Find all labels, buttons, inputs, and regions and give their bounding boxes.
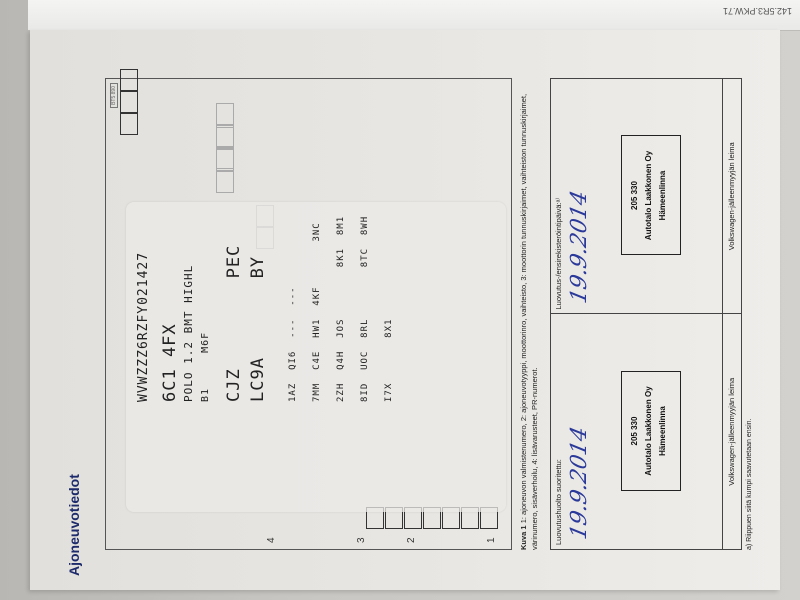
delivery-service-label: Luovutushuolto suoritettu: [554, 459, 563, 545]
dealer-stamp: 205 330 Autotalo Laakkonen Oy Hämeenlinn… [621, 136, 681, 256]
figure-caption: Kuva 1 1: ajoneuvon valmistenumero, 2: a… [518, 80, 540, 550]
form-number: BT5 890 [110, 83, 118, 108]
page-title: Ajoneuvotiedot [66, 474, 82, 576]
pr-line-5: I7X 8X1 [384, 319, 394, 402]
caption-label: Kuva 1 [519, 525, 528, 550]
row-number-1: 1 [486, 537, 497, 543]
model-line: POLO 1.2 BMT HIGHL [182, 265, 195, 402]
stamp-footer: Volkswagen-jälleenmyyjän leima [722, 79, 741, 314]
page-code: 142.5R3.PKW.71 [723, 6, 792, 16]
vin-line: WVWZZZ6RZFY021427 [136, 252, 151, 402]
pr-line-4: 8ID UOC 8RL 8TC 8WH [360, 216, 370, 402]
dealer-city: Hämeenlinna [656, 137, 670, 255]
pr-line-3: 2ZH Q4H JOS 8K1 8M1 [336, 216, 346, 402]
row-number-3: 3 [356, 537, 367, 543]
type-line: 6C1 4FX [160, 323, 180, 402]
booklet-page: Ajoneuvotiedot BT5 890 1 2 3 4 [30, 30, 780, 590]
pr-line-1: 1AZ QI6 --- --- [288, 286, 298, 402]
registration-box: Luovutus-/ensirekisteröintipäivä:ᵃ⁾ 19.9… [551, 79, 741, 314]
stamp-footer: Volkswagen-jälleenmyyjän leima [722, 315, 741, 550]
dealer-stamp: 205 330 Autotalo Laakkonen Oy Hämeenlinn… [621, 371, 681, 491]
codes-line-1: CJZ PEC [224, 245, 244, 402]
delivery-table: Luovutushuolto suoritettu: 19.9.2014 205… [550, 78, 742, 550]
dealer-name: Autotalo Laakkonen Oy [642, 137, 656, 255]
delivery-service-box: Luovutushuolto suoritettu: 19.9.2014 205… [551, 314, 741, 550]
vehicle-data-sticker: WVWZZZ6RZFY021427 6C1 4FX POLO 1.2 BMT H… [126, 202, 506, 512]
dealer-numbers: 205 330 [628, 372, 642, 490]
registration-label: Luovutus-/ensirekisteröintipäivä:ᵃ⁾ [554, 198, 563, 310]
header-boxes-3 [216, 127, 235, 193]
codes-line-2: LC9A BY [248, 256, 268, 402]
dealer-numbers: 205 330 [628, 137, 642, 255]
registration-date: 19.9.2014 [567, 189, 592, 306]
rotated-content: Ajoneuvotiedot BT5 890 1 2 3 4 [30, 30, 780, 590]
pr-line-2: 7MM C4E HW1 4KF 3NC [312, 222, 322, 402]
next-page-edge: 142.5R3.PKW.71 [28, 0, 800, 31]
footnote: a) Riippuen siitä kumpi saavutetaan ensi… [746, 418, 753, 550]
header-boxes-1 [120, 69, 139, 135]
row-number-4: 4 [266, 537, 277, 543]
dealer-name: Autotalo Laakkonen Oy [642, 372, 656, 490]
dealer-city: Hämeenlinna [656, 372, 670, 490]
row-number-2: 2 [406, 537, 417, 543]
delivery-service-date: 19.9.2014 [567, 424, 592, 541]
engine-line: B1 M6F [200, 332, 211, 402]
caption-text: 1: ajoneuvon valmistenumero, 2: ajoneuvo… [519, 94, 539, 550]
